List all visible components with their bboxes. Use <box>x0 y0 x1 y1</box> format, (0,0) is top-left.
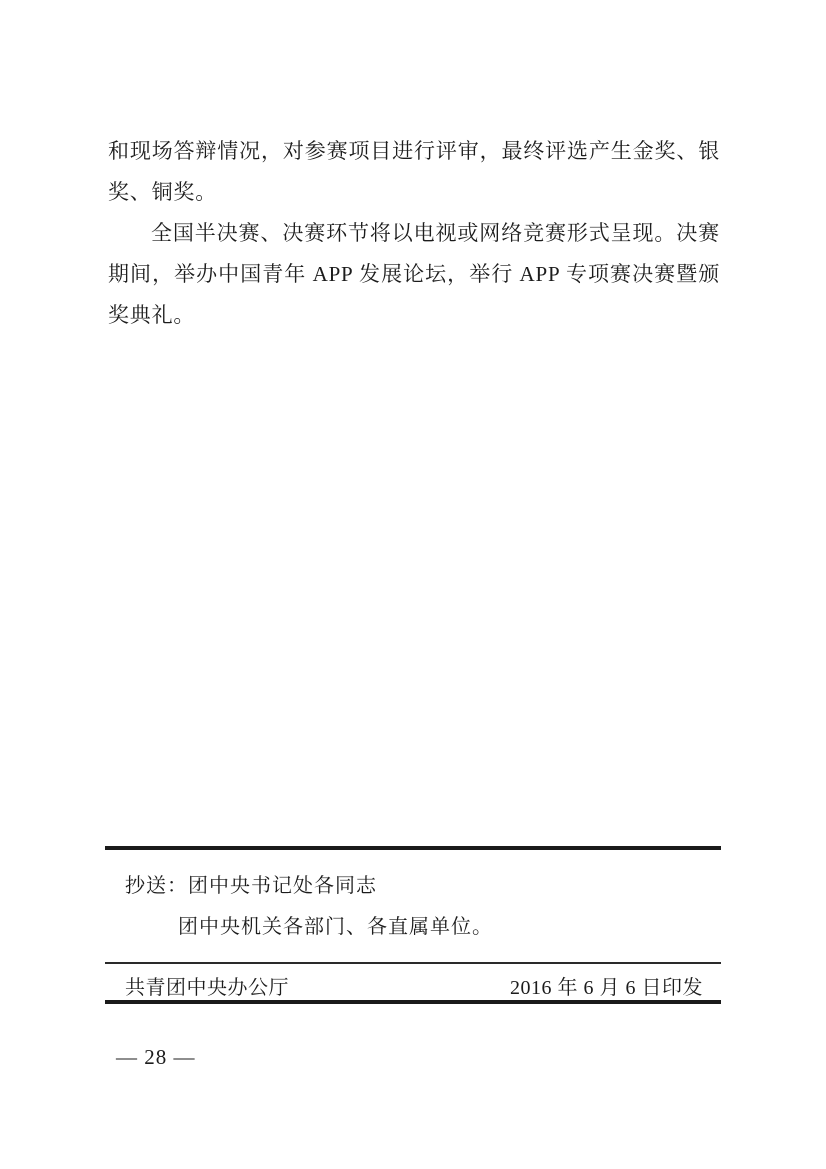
cc-section: 抄送：团中央书记处各同志 团中央机关各部门、各直属单位。 <box>125 866 493 948</box>
body-line: 和现场答辩情况，对参赛项目进行评审，最终评选产生金奖、银 <box>108 131 720 172</box>
issuer-row: 共青团中央办公厅 2016 年 6 月 6 日印发 <box>125 971 703 1000</box>
issuer-name: 共青团中央办公厅 <box>125 971 289 1000</box>
cc-recipients-line-1: 抄送：团中央书记处各同志 <box>125 866 493 907</box>
paragraph-continuation: 和现场答辩情况，对参赛项目进行评审，最终评选产生金奖、银 奖、铜奖。 <box>108 131 720 213</box>
cc-recipients-line-2: 团中央机关各部门、各直属单位。 <box>125 907 493 948</box>
separator-thick-top <box>105 846 721 850</box>
paragraph-finals: 全国半决赛、决赛环节将以电视或网络竞赛形式呈现。决赛 期间，举办中国青年 APP… <box>108 213 720 336</box>
page-number: — 28 — <box>116 1045 196 1070</box>
body-line: 期间，举办中国青年 APP 发展论坛，举行 APP 专项赛决赛暨颁 <box>108 254 720 295</box>
document-body: 和现场答辩情况，对参赛项目进行评审，最终评选产生金奖、银 奖、铜奖。 全国半决赛… <box>108 131 720 336</box>
body-line: 奖、铜奖。 <box>108 172 720 213</box>
body-line: 奖典礼。 <box>108 295 720 336</box>
print-date: 2016 年 6 月 6 日印发 <box>510 971 703 1000</box>
separator-thick-bottom <box>105 1000 721 1004</box>
document-page: 和现场答辩情况，对参赛项目进行评审，最终评选产生金奖、银 奖、铜奖。 全国半决赛… <box>0 0 826 1169</box>
separator-thin <box>105 962 721 964</box>
body-line: 全国半决赛、决赛环节将以电视或网络竞赛形式呈现。决赛 <box>108 213 720 254</box>
